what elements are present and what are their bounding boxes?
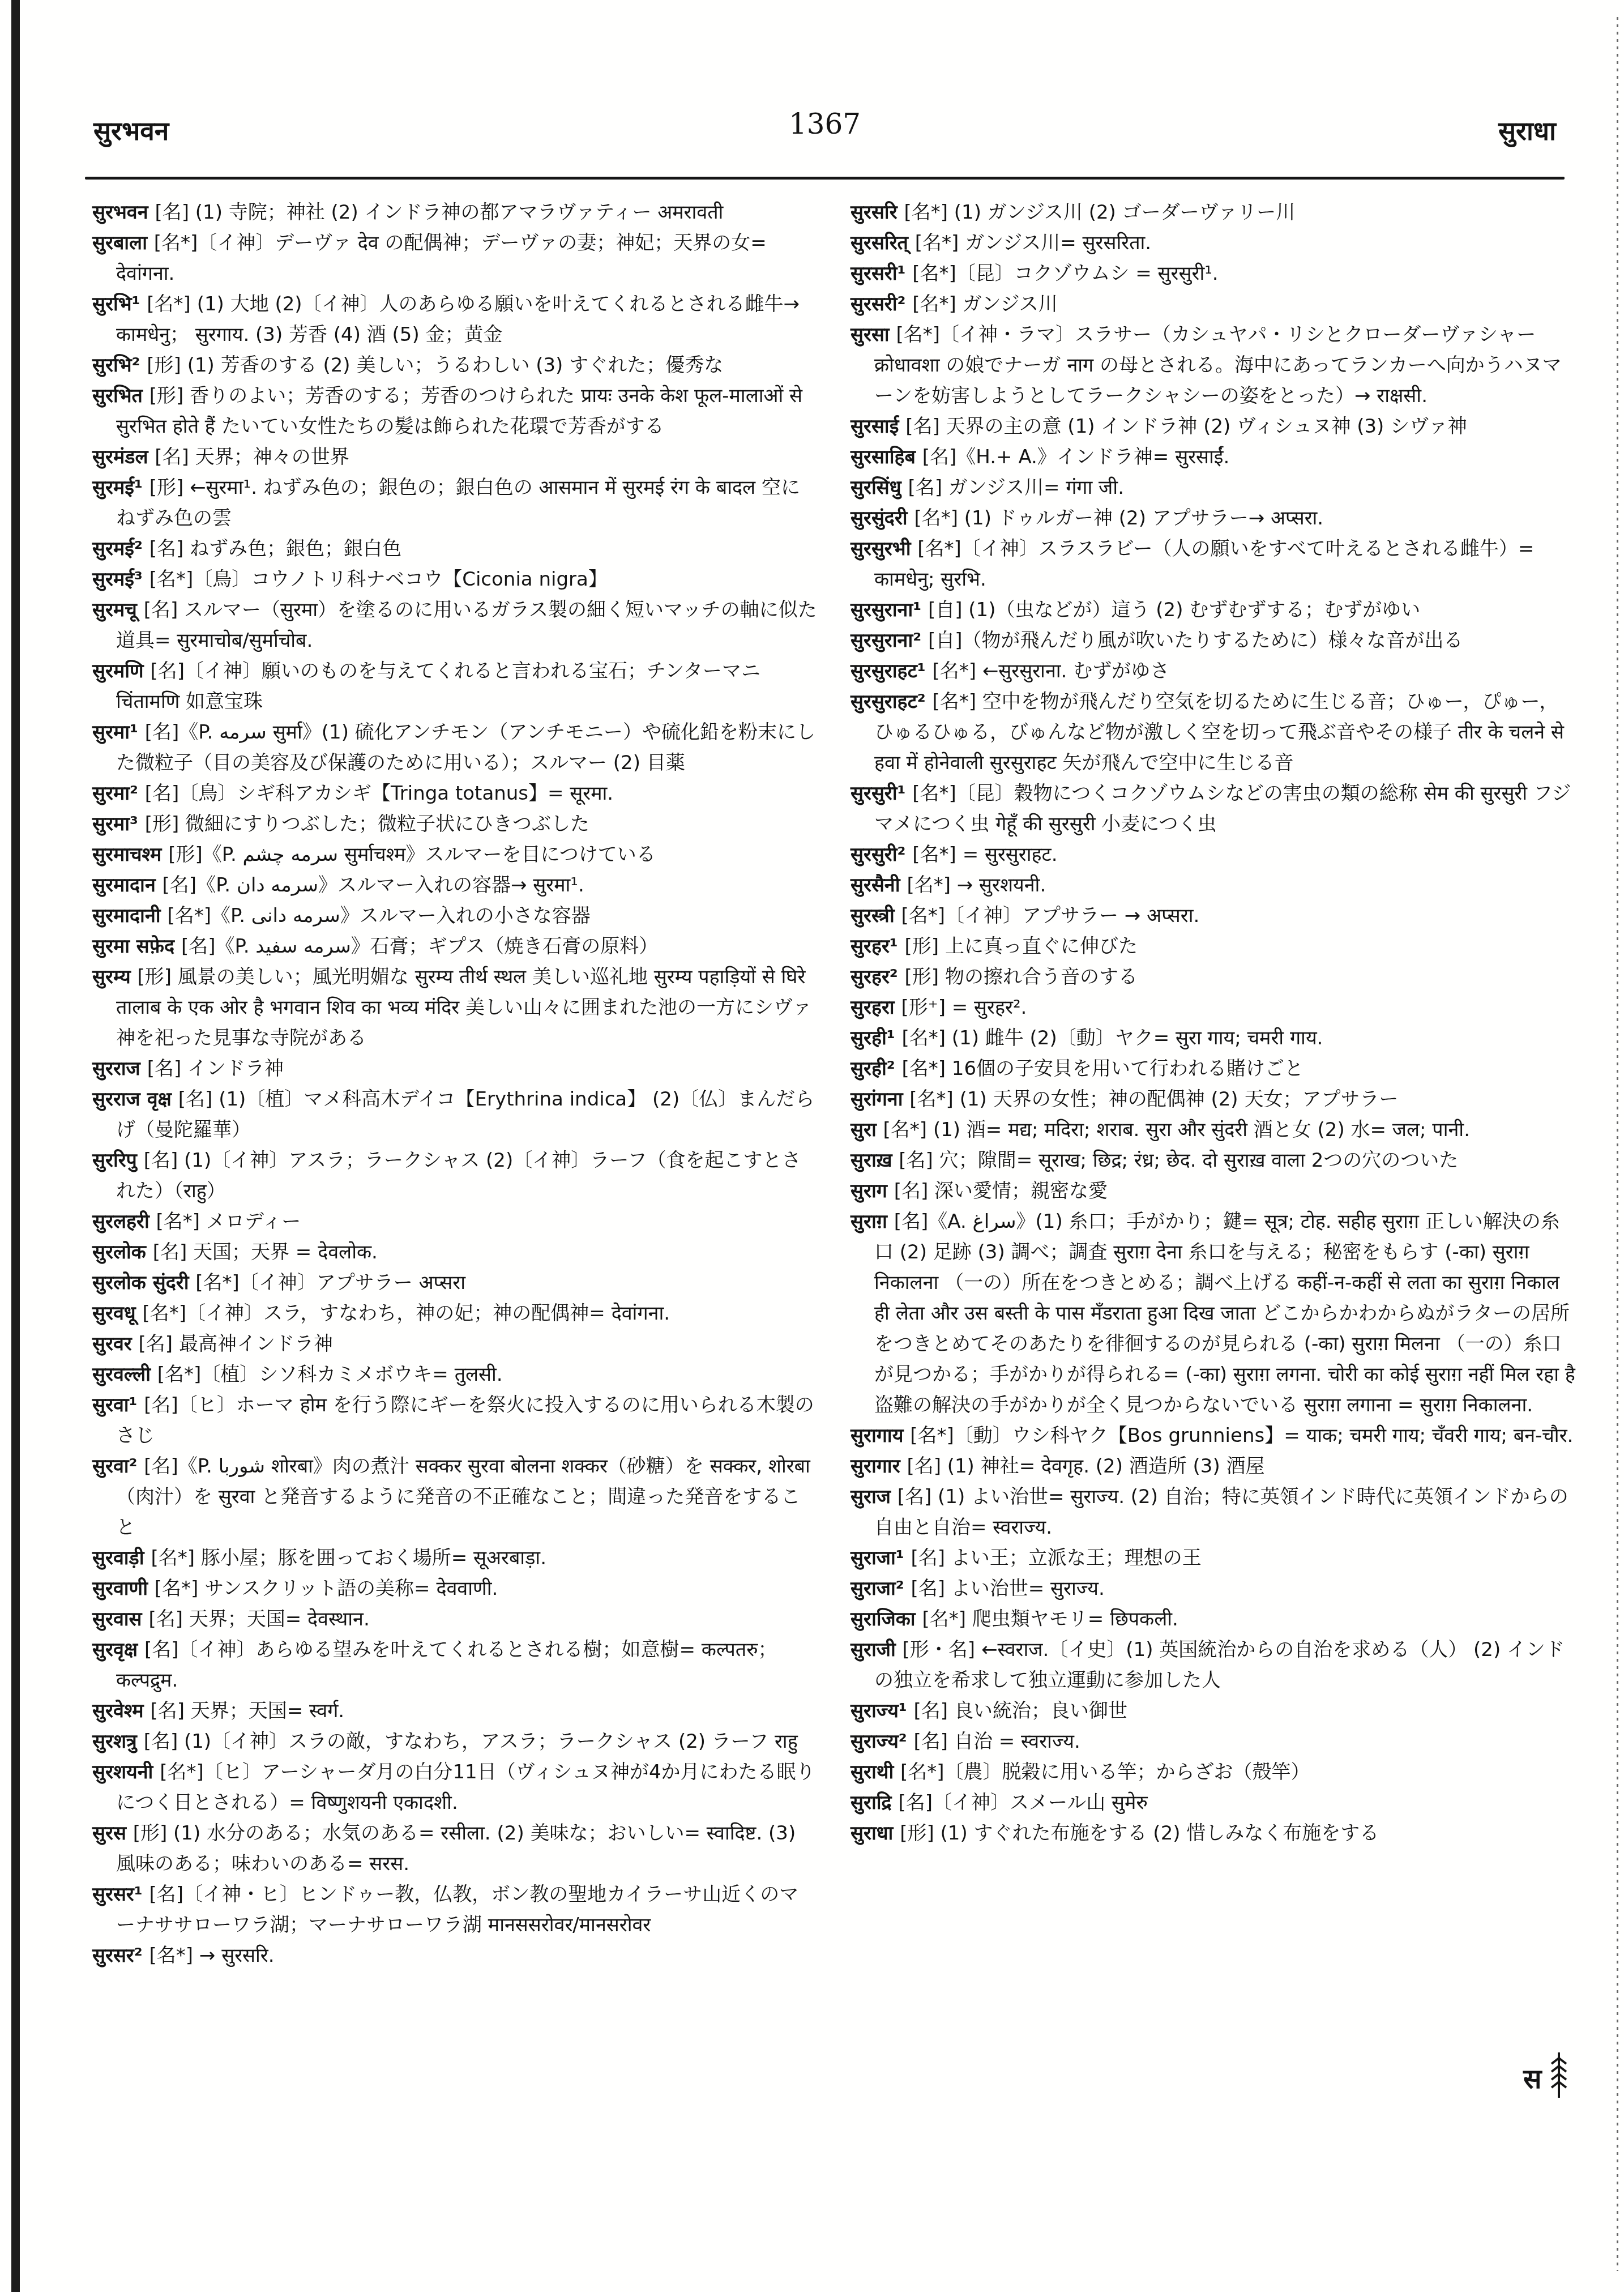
- entry-body: [形] 風景の美しい；風光明媚な सुरम्य तीर्थ स्थल 美しい巡礼…: [116, 966, 812, 1049]
- headword: सुरमई²: [92, 537, 149, 560]
- headword: सुरवाड़ी: [92, 1547, 151, 1569]
- entry-body: [名] 穴；隙間= सूराख; छिद्र; रंध्र; छेद. दो स…: [899, 1149, 1458, 1172]
- entry-body: [名*]《P. سرمه دانی》スルマー入れの小さな容器: [167, 904, 590, 927]
- dictionary-entry: सुरागार [名] (1) 神社= देवगृह. (2) 酒造所 (3) …: [851, 1451, 1576, 1482]
- entry-body: [名*] メロディー: [156, 1210, 301, 1233]
- headword: सुरवास: [92, 1608, 148, 1631]
- dictionary-entry: सुरवेश्म [名] 天界；天国= स्वर्ग.: [92, 1696, 818, 1726]
- entry-body: [形] 香りのよい；芳香のする；芳香のつけられた प्रायः उनके केश…: [116, 385, 802, 438]
- page-edge-line: [1617, 17, 1618, 2271]
- dictionary-entry: सुरवल्ली [名*]〔植〕シソ科カミメボウキ= तुलसी.: [92, 1359, 818, 1390]
- entry-body: [形・名] ←स्वराज.〔イ史〕(1) 英国統治からの自治を求める（人） (…: [874, 1638, 1565, 1692]
- headword: सुरसुराना¹: [851, 599, 928, 621]
- headword: सुररिपु: [92, 1149, 144, 1172]
- headword: सुरस्त्री: [851, 904, 901, 927]
- headword: सुरवर: [92, 1333, 139, 1355]
- entry-body: [名]《H.+ A.》インドラ神= सुरसाईं.: [922, 446, 1230, 468]
- entry-body: [名] 天国；天界 = देवलोक.: [153, 1241, 378, 1264]
- dictionary-entry: सुरमादानी [名*]《P. سرمه دانی》スルマー入れの小さな容器: [92, 900, 818, 931]
- entry-body: [名*] (1) 天界の女性；神の配偶神 (2) 天女；アプサラー: [909, 1088, 1398, 1111]
- dictionary-entry: सुरसुराना¹ [自] (1)（虫などが）這う (2) むずむずする；むず…: [851, 595, 1576, 625]
- dictionary-entry: सुरवास [名] 天界；天国= देवस्थान.: [92, 1604, 818, 1634]
- dictionary-entry: सुरसर¹ [名]〔イ神・ヒ〕ヒンドゥー教，仏教，ボン教の聖地カイラーサ山近く…: [92, 1879, 818, 1940]
- dictionary-entry: सुरवर [名] 最高神インドラ神: [92, 1329, 818, 1359]
- headword: सुरवृक्ष: [92, 1638, 144, 1661]
- headword: सुरमा सफ़ेद: [92, 935, 181, 958]
- page-header: सुरभवन 1367 सुराधा: [93, 111, 1556, 151]
- right-column: सुरसरि [名*] (1) ガンジス川 (2) ゴーダーヴァリー川 सुरस…: [851, 197, 1576, 1971]
- headword: सुरवा²: [92, 1455, 144, 1478]
- headword: सुरमचू: [92, 599, 144, 621]
- dictionary-entry: सुरभि¹ [名*] (1) 大地 (2)〔イ神〕人のあらゆる願いを叶えてくれ…: [92, 289, 818, 350]
- entry-body: [名*]〔イ神〕デーヴァ देव の配偶神；デーヴァの妻；神妃；天界の女= दे…: [116, 232, 767, 285]
- entry-body: [名] よい王；立派な王；理想の王: [911, 1547, 1201, 1569]
- headword: सुरही¹: [851, 1027, 901, 1049]
- dictionary-entry: सुरमादान [名]《P. سرمه دان》スルマー入れの容器→ सुरम…: [92, 870, 818, 900]
- headword: सुराज्य²: [851, 1730, 914, 1753]
- headword: सुरराज वृक्ष: [92, 1088, 178, 1111]
- entry-body: [名]〔鳥〕シギ科アカシギ【Tringa totanus】= सूरमा.: [145, 782, 613, 805]
- dictionary-entry: सुरसुरी² [名*] = सुरसुराहट.: [851, 839, 1576, 870]
- headword: सुरसुंदरी: [851, 507, 914, 530]
- entry-body: [名]《A. سراغ》(1) 糸口；手がかり；鍵= सूत्र; टोह. स…: [874, 1210, 1575, 1416]
- entry-body: [名*]〔動〕ウシ科ヤク【Bos grunniens】= याक; चमरी ग…: [910, 1424, 1573, 1447]
- entry-body: [形] (1) すぐれた布施をする (2) 惜しみなく布施をする: [900, 1822, 1379, 1845]
- headword: सुरवल्ली: [92, 1363, 157, 1386]
- dictionary-entry: सुरमणि [名]〔イ神〕願いのものを与えてくれると言われる宝石；チンターマニ…: [92, 656, 818, 717]
- dictionary-entry: सुरसरि [名*] (1) ガンジス川 (2) ゴーダーヴァリー川: [851, 197, 1576, 228]
- headword: सुरमई¹: [92, 476, 149, 499]
- headword: सुरलोक सुंदरी: [92, 1271, 195, 1294]
- page-number: 1367: [93, 104, 1556, 144]
- headword: सुरांगना: [851, 1088, 909, 1111]
- headword: सुरम्य: [92, 966, 138, 988]
- dictionary-entry: सुरराज [名] インドラ神: [92, 1053, 818, 1084]
- headword: सुरहर¹: [851, 935, 905, 958]
- dictionary-entry: सुराजा² [名] よい治世= सुराज्य.: [851, 1573, 1576, 1604]
- entry-body: [名*]〔イ神〕アプサラー अप्सरा: [195, 1271, 465, 1294]
- dictionary-entry: सुरमा¹ [名]《P. سرمه सुर्मा》(1) 硫化アンチモン（アン…: [92, 717, 818, 778]
- corner-mark: स: [1523, 2050, 1569, 2106]
- dictionary-entry: सुरवा² [名]《P. شوربا शोरबा》肉の煮汁 सक्कर सुर…: [92, 1451, 818, 1543]
- dictionary-entry: सुरमा² [名]〔鳥〕シギ科アカシギ【Tringa totanus】= सू…: [92, 778, 818, 809]
- dictionary-entry: सुरागाय [名*]〔動〕ウシ科ヤク【Bos grunniens】= याक…: [851, 1420, 1576, 1451]
- wheat-ear-icon: [1549, 2050, 1569, 2106]
- entry-body: [形⁺] = सुरहर².: [901, 996, 1027, 1019]
- headword: सुरसर¹: [92, 1883, 149, 1906]
- dictionary-entry: सुरवा¹ [名]〔ヒ〕ホーマ होम を行う際にギーを祭火に投入するのに用い…: [92, 1390, 818, 1451]
- headword: सुरागाय: [851, 1424, 910, 1447]
- dictionary-entry: सुरलोक [名] 天国；天界 = देवलोक.: [92, 1237, 818, 1267]
- headword: सुरसरित्: [851, 232, 915, 254]
- headword: सुराग़: [851, 1210, 894, 1233]
- entry-body: [名*] 16個の子安貝を用いて行われる賭けごと: [901, 1057, 1304, 1080]
- dictionary-entry: सुरसाई [名] 天界の主の意 (1) インドラ神 (2) ヴィシュヌ神 (…: [851, 411, 1576, 442]
- headword: सुराख़: [851, 1149, 899, 1172]
- dictionary-entry: सुरवृक्ष [名]〔イ神〕あらゆる望みを叶えてくれるとされる樹；如意樹= …: [92, 1634, 818, 1696]
- headword: सुरमादानी: [92, 904, 167, 927]
- entry-body: [名] ねずみ色；銀色；銀白色: [149, 537, 401, 560]
- entry-body: [名*] 豚小屋；豚を囲っておく場所= सूअरबाड़ा.: [151, 1547, 546, 1569]
- dictionary-entry: सुरसरी¹ [名*]〔昆〕コクゾウムシ = सुरसुरी¹.: [851, 258, 1576, 289]
- headword: सुराजा²: [851, 1577, 911, 1600]
- dictionary-entry: सुरसरी² [名*] ガンジス川: [851, 289, 1576, 319]
- dictionary-entry: सुरम्य [形] 風景の美しい；風光明媚な सुरम्य तीर्थ स्थ…: [92, 962, 818, 1053]
- headword: सुरवेश्म: [92, 1700, 150, 1722]
- dictionary-entry: सुरसुरभी [名*]〔イ神〕スラスラビー（人の願いをすべて叶えるとされる雌…: [851, 533, 1576, 595]
- dictionary-entry: सुरसाहिब [名]《H.+ A.》インドラ神= सुरसाईं.: [851, 442, 1576, 472]
- headword: सुराजा¹: [851, 1547, 911, 1569]
- dictionary-entry: सुरमंडल [名] 天界；神々の世界: [92, 442, 818, 472]
- headword: सुरहरा: [851, 996, 901, 1019]
- headword: सुरागार: [851, 1455, 907, 1478]
- headword: सुरसैनी: [851, 874, 907, 897]
- entry-body: [名*]〔イ神〕スラスラビー（人の願いをすべて叶えるとされる雌牛）= कामधे…: [874, 537, 1534, 591]
- dictionary-entry: सुरमई³ [名*]〔鳥〕コウノトリ科ナベコウ【Ciconia nigra】: [92, 564, 818, 595]
- dictionary-entry: सुराजा¹ [名] よい王；立派な王；理想の王: [851, 1543, 1576, 1573]
- entry-body: [形] (1) 水分のある；水気のある= रसीला. (2) 美味な；おいしい…: [116, 1822, 796, 1875]
- entry-body: [名*] ガンジス川= सुरसरिता.: [915, 232, 1151, 254]
- entry-body: [名] (1)〔イ神〕アスラ；ラークシャス (2)〔イ神〕ラーフ（食を起こすとさ…: [116, 1149, 801, 1202]
- headword: सुरसुराहट¹: [851, 660, 933, 682]
- header-rule: [85, 177, 1565, 180]
- dictionary-entry: सुराथी [名*]〔農〕脱穀に用いる竿；からざお（殻竿）: [851, 1757, 1576, 1787]
- entry-body: [名] (1) 神社= देवगृह. (2) 酒造所 (3) 酒屋: [907, 1455, 1264, 1478]
- headword: सुरसरी²: [851, 293, 912, 315]
- entry-body: [名*]〔鳥〕コウノトリ科ナベコウ【Ciconia nigra】: [149, 568, 608, 591]
- dictionary-entry: सुरसैनी [名*] → सुरशयनी.: [851, 870, 1576, 900]
- dictionary-entry: सुरहरा [形⁺] = सुरहर².: [851, 992, 1576, 1023]
- headword: सुरसिंधु: [851, 476, 908, 499]
- headword: सुरभि¹: [92, 293, 147, 315]
- headword: सुरराज: [92, 1057, 147, 1080]
- left-column: सुरभवन [名] (1) 寺院；神社 (2) インドラ神の都アマラヴァティー…: [92, 197, 818, 1971]
- headword: सुरसा: [851, 323, 896, 346]
- dictionary-entry: सुराजी [形・名] ←स्वराज.〔イ史〕(1) 英国統治からの自治を求…: [851, 1634, 1576, 1696]
- headword: सुरवधू: [92, 1302, 143, 1325]
- headword: सुरही²: [851, 1057, 901, 1080]
- dictionary-entry: सुरस्त्री [名*]〔イ神〕アプサラー → अप्सरा.: [851, 900, 1576, 931]
- entry-body: [名*] 爬虫類ヤモリ= छिपकली.: [922, 1608, 1178, 1631]
- entry-body: [名] インドラ神: [147, 1057, 284, 1080]
- dictionary-entry: सुरसर² [名*] → सुरसरि.: [92, 1940, 818, 1971]
- headword: सुरवा¹: [92, 1394, 144, 1416]
- entry-body: [名*] = सुरसुराहट.: [912, 843, 1057, 866]
- entry-body: [名] 天界の主の意 (1) インドラ神 (2) ヴィシュヌ神 (3) シヴァ神: [905, 415, 1467, 438]
- dictionary-entry: सुराधा [形] (1) すぐれた布施をする (2) 惜しみなく布施をする: [851, 1818, 1576, 1849]
- headword: सुरसाई: [851, 415, 905, 438]
- dictionary-entry: सुराद्रि [名]〔イ神〕スメール山 सुमेरु: [851, 1787, 1576, 1818]
- headword: सुरभित: [92, 385, 149, 407]
- entry-body: [名*] ←सुरसुराना. むずがゆさ: [933, 660, 1170, 682]
- entry-body: [名] (1) よい治世= सुराज्य. (2) 自治；特に英領インド時代に…: [874, 1486, 1569, 1539]
- entry-body: [名*]〔イ神〕アプサラー → अप्सरा.: [901, 904, 1200, 927]
- entry-body: [名] (1)〔イ神〕スラの敵，すなわち，アスラ；ラークシャス (2) ラーフ …: [144, 1730, 798, 1753]
- entry-body: [名*]〔昆〕コクゾウムシ = सुरसुरी¹.: [912, 262, 1218, 285]
- entry-body: [名] スルマー（सुरमा）を塗るのに用いるガラス製の細く短いマッチの軸に似た…: [116, 599, 817, 652]
- entry-body: [名]〔ヒ〕ホーマ होम を行う際にギーを祭火に投入するのに用いられる木製のさ…: [116, 1394, 814, 1447]
- dictionary-entry: सुररिपु [名] (1)〔イ神〕アスラ；ラークシャス (2)〔イ神〕ラーフ…: [92, 1145, 818, 1206]
- headword: सुरसुराना²: [851, 629, 928, 652]
- headword: सुरमादान: [92, 874, 163, 897]
- dictionary-entry: सुराख़ [名] 穴；隙間= सूराख; छिद्र; रंध्र; छे…: [851, 1145, 1576, 1176]
- headword: सुरसुरभी: [851, 537, 917, 560]
- entry-body: [名]〔イ神〕スメール山 सुमेरु: [898, 1791, 1147, 1814]
- entry-body: [自] (1)（虫などが）這う (2) むずむずする；むずがゆい: [928, 599, 1420, 621]
- headword: सुरसरी¹: [851, 262, 912, 285]
- entry-body: [名] ガンジス川= गंगा जी.: [908, 476, 1124, 499]
- headword: सुराग: [851, 1180, 894, 1202]
- entry-body: [名*] (1) 大地 (2)〔イ神〕人のあらゆる願いを叶えてくれるとされる雌牛…: [116, 293, 800, 346]
- dictionary-entry: सुरबाला [名*]〔イ神〕デーヴァ देव の配偶神；デーヴァの妻；神妃；…: [92, 228, 818, 289]
- entry-body: [名*] (1) 雌牛 (2)〔動〕ヤク= सुरा गाय; चमरी गाय…: [901, 1027, 1323, 1049]
- dictionary-entry: सुराग़ [名]《A. سراغ》(1) 糸口；手がかり；鍵= सूत्र;…: [851, 1206, 1576, 1420]
- dictionary-entry: सुरलहरी [名*] メロディー: [92, 1206, 818, 1237]
- dictionary-entry: सुरभि² [形] (1) 芳香のする (2) 美しい；うるわしい (3) す…: [92, 350, 818, 381]
- headword: सुरभवन: [92, 201, 155, 224]
- entry-body: [名*]〔イ神・ラマ〕スラサー（カシュヤパ・リシとクローダーヴァシャー क्रो…: [874, 323, 1562, 407]
- entry-body: [名]《P. شوربا शोरबा》肉の煮汁 सक्कर सुरवा बोलन…: [116, 1455, 810, 1539]
- dictionary-entry: सुरही² [名*] 16個の子安貝を用いて行われる賭けごと: [851, 1053, 1576, 1084]
- dictionary-entry: सुरभित [形] 香りのよい；芳香のする；芳香のつけられた प्रायः उ…: [92, 381, 818, 442]
- dictionary-entry: सुरसुराना² [自]（物が飛んだり風が吹いたりするために）様々な音が出る: [851, 625, 1576, 656]
- entry-body: [名*] → सुरसरि.: [149, 1944, 275, 1967]
- dictionary-entry: सुराजिका [名*] 爬虫類ヤモリ= छिपकली.: [851, 1604, 1576, 1634]
- headword: सुरबाला: [92, 232, 154, 254]
- headword: सुरसर²: [92, 1944, 149, 1967]
- entry-body: [名*]〔昆〕穀物につくコクゾウムシなどの害虫の類の総称 सेम की सुरस…: [874, 782, 1571, 835]
- entry-body: [名] (1) 寺院；神社 (2) インドラ神の都アマラヴァティー अमरावत…: [155, 201, 723, 224]
- headword: सुरलोक: [92, 1241, 153, 1264]
- dictionary-entry: सुरसा [名*]〔イ神・ラマ〕スラサー（カシュヤパ・リシとクローダーヴァシャ…: [851, 319, 1576, 411]
- entry-body: [名] 天界；天国= देवस्थान.: [148, 1608, 369, 1631]
- dictionary-entry: सुरभवन [名] (1) 寺院；神社 (2) インドラ神の都アマラヴァティー…: [92, 197, 818, 228]
- dictionary-entry: सुरस [形] (1) 水分のある；水気のある= रसीला. (2) 美味な…: [92, 1818, 818, 1879]
- entry-body: [名] (1)〔植〕マメ科高木デイコ【Erythrina indica】 (2)…: [116, 1088, 814, 1141]
- entry-body: [名]〔イ神〕あらゆる望みを叶えてくれるとされる樹；如意樹= कल्पतरु； …: [116, 1638, 777, 1692]
- entry-body: [名*] (1) 酒= मद्य; मदिरा; शराब. सुरा और स…: [883, 1119, 1470, 1141]
- entry-body: [形] 物の擦れ合う音のする: [905, 966, 1138, 988]
- dictionary-entry: सुरवाणी [名*] サンスクリット語の美称= देववाणी.: [92, 1573, 818, 1604]
- entry-body: [名*] サンスクリット語の美称= देववाणी.: [155, 1577, 498, 1600]
- dictionary-entry: सुराज [名] (1) よい治世= सुराज्य. (2) 自治；特に英領…: [851, 1482, 1576, 1543]
- entry-body: [名*]〔ヒ〕アーシャーダ月の白分11日（ヴィシュヌ神が4か月にわたる眠りにつく…: [116, 1761, 815, 1814]
- entry-body: [名*]〔植〕シソ科カミメボウキ= तुलसी.: [157, 1363, 503, 1386]
- headword: सुरशयनी: [92, 1761, 160, 1783]
- dictionary-entry: सुरसिंधु [名] ガンジス川= गंगा जी.: [851, 472, 1576, 503]
- headword: सुरमा²: [92, 782, 145, 805]
- dictionary-entry: सुराज्य¹ [名] 良い統治；良い御世: [851, 1696, 1576, 1726]
- entry-body: [形] ←सुरमा¹. ねずみ色の；銀色の；銀白色の आसमान में सु…: [116, 476, 800, 530]
- headword: सुराजी: [851, 1638, 903, 1661]
- entry-body: [名] 天界；神々の世界: [155, 446, 349, 468]
- headword: सुराथी: [851, 1761, 900, 1783]
- dictionary-entry: सुरसरित् [名*] ガンジス川= सुरसरिता.: [851, 228, 1576, 258]
- dictionary-entry: सुरमचू [名] スルマー（सुरमा）を塗るのに用いるガラス製の細く短いマ…: [92, 595, 818, 656]
- headword: सुरहर²: [851, 966, 905, 988]
- headword: सुरमा¹: [92, 721, 145, 744]
- entry-body: [名*]〔農〕脱穀に用いる竿；からざお（殻竿）: [900, 1761, 1310, 1783]
- binding-shadow-bar: [11, 0, 20, 2292]
- headword: सुरशत्रु: [92, 1730, 144, 1753]
- entry-columns: सुरभवन [名] (1) 寺院；神社 (2) インドラ神の都アマラヴァティー…: [92, 197, 1576, 1971]
- headword: सुरमई³: [92, 568, 149, 591]
- entry-body: [名]《P. سرمه سفید》石膏；ギプス（焼き石膏の原料）: [181, 935, 658, 958]
- dictionary-entry: सुरशत्रु [名] (1)〔イ神〕スラの敵，すなわち，アスラ；ラークシャス…: [92, 1726, 818, 1757]
- entry-body: [名*] ガンジス川: [912, 293, 1057, 315]
- entry-body: [名] 深い愛情；親密な愛: [894, 1180, 1108, 1202]
- headword: सुराद्रि: [851, 1791, 898, 1814]
- dictionary-entry: सुरमा सफ़ेद [名]《P. سرمه سفید》石膏；ギプス（焼き石膏…: [92, 931, 818, 962]
- headword: सुरसुराहट²: [851, 690, 933, 713]
- dictionary-entry: सुरहर² [形] 物の擦れ合う音のする: [851, 962, 1576, 992]
- dictionary-entry: सुरमई¹ [形] ←सुरमा¹. ねずみ色の；銀色の；銀白色の आसमान…: [92, 472, 818, 533]
- entry-body: [形] (1) 芳香のする (2) 美しい；うるわしい (3) すぐれた；優秀な: [147, 354, 723, 377]
- dictionary-entry: सुरही¹ [名*] (1) 雌牛 (2)〔動〕ヤク= सुरा गाय; च…: [851, 1023, 1576, 1053]
- headword: सुरसरि: [851, 201, 904, 224]
- headword: सुरस: [92, 1822, 133, 1845]
- entry-body: [名] 良い統治；良い御世: [914, 1700, 1127, 1722]
- entry-body: [名*] → सुरशयनी.: [907, 874, 1046, 897]
- headword: सुरसाहिब: [851, 446, 922, 468]
- headword: सुरसुरी¹: [851, 782, 912, 805]
- entry-body: [名] 自治 = स्वराज्य.: [914, 1730, 1080, 1753]
- entry-body: [名] よい治世= सुराज्य.: [911, 1577, 1104, 1600]
- headword: सुरमाचश्म: [92, 843, 168, 866]
- dictionary-entry: सुरसुराहट¹ [名*] ←सुरसुराना. むずがゆさ: [851, 656, 1576, 686]
- headword: सुरभि²: [92, 354, 147, 377]
- corner-letter: स: [1523, 2060, 1541, 2097]
- headword: सुराजिका: [851, 1608, 922, 1631]
- entry-body: [名*] (1) ガンジス川 (2) ゴーダーヴァリー川: [904, 201, 1295, 224]
- dictionary-entry: सुरसुरी¹ [名*]〔昆〕穀物につくコクゾウムシなどの害虫の類の総称 से…: [851, 778, 1576, 839]
- dictionary-page: सुरभवन 1367 सुराधा सुरभवन [名] (1) 寺院；神社 …: [0, 0, 1624, 2292]
- headword: सुराधा: [851, 1822, 900, 1845]
- dictionary-entry: सुरमाचश्म [形]《P. سرمه چشم सुर्माचश्म》スルマ…: [92, 839, 818, 870]
- headword: सुरमा³: [92, 813, 145, 835]
- entry-body: [名]《P. سرمه دان》スルマー入れの容器→ सुरमा¹.: [163, 874, 584, 897]
- headword: सुरमंडल: [92, 446, 155, 468]
- entry-body: [名*] (1) ドゥルガー神 (2) アプサラー→ अप्सरा.: [914, 507, 1323, 530]
- dictionary-entry: सुरांगना [名*] (1) 天界の女性；神の配偶神 (2) 天女；アプサ…: [851, 1084, 1576, 1115]
- dictionary-entry: सुरराज वृक्ष [名] (1)〔植〕マメ科高木デイコ【Erythrin…: [92, 1084, 818, 1145]
- headword: सुरवाणी: [92, 1577, 155, 1600]
- guide-word-right: सुराधा: [1498, 111, 1556, 151]
- entry-body: [名]〔イ神〕願いのものを与えてくれると言われる宝石；チンターマニ चिंताम…: [116, 660, 760, 713]
- headword: सुरसुरी²: [851, 843, 912, 866]
- entry-body: [名*]〔イ神〕スラ，すなわち，神の妃；神の配偶神= देवांगना.: [143, 1302, 670, 1325]
- headword: सुराज: [851, 1486, 898, 1508]
- dictionary-entry: सुरलोक सुंदरी [名*]〔イ神〕アプサラー अप्सरा: [92, 1267, 818, 1298]
- dictionary-entry: सुरसुराहट² [名*] 空中を物が飛んだり空気を切るために生じる音；ひゅ…: [851, 686, 1576, 778]
- dictionary-entry: सुराज्य² [名] 自治 = स्वराज्य.: [851, 1726, 1576, 1757]
- entry-body: [形] 上に真っ直ぐに伸びた: [905, 935, 1138, 958]
- entry-body: [名]《P. سرمه सुर्मा》(1) 硫化アンチモン（アンチモニー）や硫…: [116, 721, 815, 774]
- dictionary-entry: सुरवधू [名*]〔イ神〕スラ，すなわち，神の妃；神の配偶神= देवांग…: [92, 1298, 818, 1329]
- entry-body: [形]《P. سرمه چشم सुर्माचश्म》スルマーを目につけている: [168, 843, 655, 866]
- dictionary-entry: सुरा [名*] (1) 酒= मद्य; मदिरा; शराब. सुरा…: [851, 1115, 1576, 1145]
- dictionary-entry: सुराग [名] 深い愛情；親密な愛: [851, 1176, 1576, 1206]
- entry-body: [形] 微細にすりつぶした；微粒子状にひきつぶした: [145, 813, 589, 835]
- dictionary-entry: सुरमई² [名] ねずみ色；銀色；銀白色: [92, 533, 818, 564]
- entry-body: [名] 最高神インドラ神: [139, 1333, 333, 1355]
- entry-body: [名]〔イ神・ヒ〕ヒンドゥー教，仏教，ボン教の聖地カイラーサ山近くのマーナササロ…: [116, 1883, 798, 1936]
- dictionary-entry: सुरशयनी [名*]〔ヒ〕アーシャーダ月の白分11日（ヴィシュヌ神が4か月に…: [92, 1757, 818, 1818]
- dictionary-entry: सुरसुंदरी [名*] (1) ドゥルガー神 (2) アプサラー→ अप्…: [851, 503, 1576, 533]
- dictionary-entry: सुरहर¹ [形] 上に真っ直ぐに伸びた: [851, 931, 1576, 962]
- headword: सुराज्य¹: [851, 1700, 914, 1722]
- headword: सुरा: [851, 1119, 883, 1141]
- entry-body: [自]（物が飛んだり風が吹いたりするために）様々な音が出る: [928, 629, 1463, 652]
- dictionary-entry: सुरवाड़ी [名*] 豚小屋；豚を囲っておく場所= सूअरबाड़ा.: [92, 1543, 818, 1573]
- headword: सुरमणि: [92, 660, 150, 682]
- entry-body: [名] 天界；天国= स्वर्ग.: [150, 1700, 344, 1722]
- dictionary-entry: सुरमा³ [形] 微細にすりつぶした；微粒子状にひきつぶした: [92, 809, 818, 839]
- entry-body: [名*] 空中を物が飛んだり空気を切るために生じる音；ひゅー，ぴゅー，ひゅるひゅ…: [874, 690, 1564, 774]
- headword: सुरलहरी: [92, 1210, 156, 1233]
